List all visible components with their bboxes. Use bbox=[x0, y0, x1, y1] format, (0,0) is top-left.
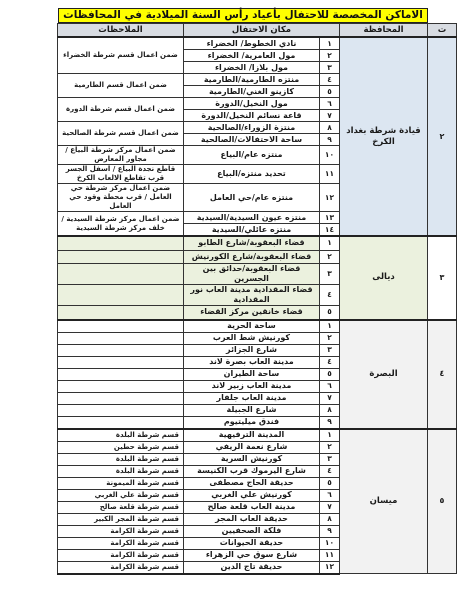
row-number-cell: ٦ bbox=[320, 98, 340, 110]
row-number-cell: ٢ bbox=[320, 250, 340, 264]
note-cell bbox=[57, 236, 183, 250]
note-cell: قسم شرطة الكرامة bbox=[57, 537, 183, 549]
note-cell bbox=[57, 285, 183, 306]
note-cell: ضمن اعمال مركز شرطة السيدية / خلف مركز ش… bbox=[57, 212, 183, 237]
note-cell bbox=[57, 416, 183, 429]
row-number-cell: ٥ bbox=[320, 306, 340, 320]
place-cell: مدينة العاب قلعة صالح bbox=[183, 501, 319, 513]
place-cell: منتزه عام/حي العامل bbox=[183, 184, 319, 212]
row-number-cell: ٧ bbox=[320, 110, 340, 122]
place-cell: قضاء البعقوبة/حدائق بين الجسرين bbox=[183, 264, 319, 285]
row-number-cell: ٨ bbox=[320, 404, 340, 416]
place-cell: منتزه عيون السيدية/السيدية bbox=[183, 212, 319, 224]
row-number-cell: ٧ bbox=[320, 392, 340, 404]
governorate-cell: البصرة bbox=[340, 320, 428, 429]
place-cell: قضاء المقدادية مدينة العاب نور المقدادية bbox=[183, 285, 319, 306]
table-body: ٢قيادة شرطة بغداد الكرخ١نادي الخطوط/ الخ… bbox=[57, 37, 456, 574]
row-number-cell: ١ bbox=[320, 236, 340, 250]
row-number-cell: ١٤ bbox=[320, 224, 340, 237]
row-number-cell: ٧ bbox=[320, 501, 340, 513]
place-cell: ساحة الاحتفالات/الصالحية bbox=[183, 134, 319, 146]
row-number-cell: ٥ bbox=[320, 477, 340, 489]
row-number-cell: ١١ bbox=[320, 165, 340, 184]
column-header-governorate: المحافظة bbox=[340, 24, 428, 38]
place-cell: منتزة الزوراء/الصالحية bbox=[183, 122, 319, 134]
column-header-index: ت bbox=[428, 24, 457, 38]
note-cell: قسم شرطة المجر الكبير bbox=[57, 513, 183, 525]
section-index-cell: ٢ bbox=[428, 37, 457, 236]
table-header: ت المحافظة مكان الاحتفال الملاحظات bbox=[57, 24, 456, 38]
row-number-cell: ٢ bbox=[320, 441, 340, 453]
row-number-cell: ٤ bbox=[320, 356, 340, 368]
place-cell: حديقة العاب المجر bbox=[183, 513, 319, 525]
note-cell bbox=[57, 320, 183, 333]
section-index-cell: ٣ bbox=[428, 236, 457, 320]
place-cell: مول العامرية/ الخضراء bbox=[183, 50, 319, 62]
row-number-cell: ٢ bbox=[320, 50, 340, 62]
column-header-notes: الملاحظات bbox=[57, 24, 183, 38]
note-cell bbox=[57, 250, 183, 264]
place-cell: نادي الخطوط/ الخضراء bbox=[183, 37, 319, 50]
note-cell: ضمن اعمال قسم شرطة الدورة bbox=[57, 98, 183, 122]
place-cell: قضاء البعقوبة/شارع الكورنيش bbox=[183, 250, 319, 264]
place-cell: شارع نعمة الريفي bbox=[183, 441, 319, 453]
row-number-cell: ١١ bbox=[320, 549, 340, 561]
note-cell: ضمن اعمال مركز شرطة حي العامل / قرب محطة… bbox=[57, 184, 183, 212]
celebrations-document: الاماكن المخصصة للاحتفال بأعياد رأس السن… bbox=[58, 8, 457, 575]
note-cell bbox=[57, 404, 183, 416]
header-row: ت المحافظة مكان الاحتفال الملاحظات bbox=[57, 24, 456, 38]
note-cell bbox=[57, 332, 183, 344]
table-row: ٥ميسان١المدينة الترفيهيةقسم شرطة البلدة bbox=[57, 429, 456, 442]
place-cell: منتزه عائلي/السيدية bbox=[183, 224, 319, 237]
section-index-cell: ٥ bbox=[428, 429, 457, 574]
place-cell: فلكة الصحفيين bbox=[183, 525, 319, 537]
celebrations-table: ت المحافظة مكان الاحتفال الملاحظات ٢قياد… bbox=[57, 23, 457, 575]
note-cell: قسم شرطة البلدة bbox=[57, 453, 183, 465]
table-row: ٤البصرة١ساحة الحرية bbox=[57, 320, 456, 333]
place-cell: منتزه عام/البياع bbox=[183, 146, 319, 165]
place-cell: شارع اليرموك قرب الكنيسة bbox=[183, 465, 319, 477]
row-number-cell: ٤ bbox=[320, 74, 340, 86]
row-number-cell: ٩ bbox=[320, 525, 340, 537]
place-cell: قضاء خانقين مركز القضاء bbox=[183, 306, 319, 320]
note-cell bbox=[57, 380, 183, 392]
note-cell: ضمن اعمال قسم شرطة الخضراء bbox=[57, 37, 183, 74]
place-cell: حديقة تاج الدين bbox=[183, 561, 319, 574]
place-cell: تحديد منتزه/البياع bbox=[183, 165, 319, 184]
row-number-cell: ٩ bbox=[320, 416, 340, 429]
governorate-cell: قيادة شرطة بغداد الكرخ bbox=[340, 37, 428, 236]
place-cell: مول النخيل/الدورة bbox=[183, 98, 319, 110]
table-row: ٣ديالى١قضاء البعقوبة/شارع الطابو bbox=[57, 236, 456, 250]
row-number-cell: ٣ bbox=[320, 62, 340, 74]
governorate-cell: ديالى bbox=[340, 236, 428, 320]
note-cell bbox=[57, 306, 183, 320]
place-cell: كورنيش شط العرب bbox=[183, 332, 319, 344]
place-cell: كورنيش السرية bbox=[183, 453, 319, 465]
note-cell: قسم شرطة الكرامة bbox=[57, 525, 183, 537]
note-cell: ضمن اعمال مركز شرطة البياع /مجاور المعار… bbox=[57, 146, 183, 165]
note-cell bbox=[57, 392, 183, 404]
place-cell: مدينة العاب زبير لاند bbox=[183, 380, 319, 392]
note-cell: قسم شرطة البلدة bbox=[57, 465, 183, 477]
note-cell: قسم شرطة قلعة صالح bbox=[57, 501, 183, 513]
row-number-cell: ٥ bbox=[320, 86, 340, 98]
row-number-cell: ١ bbox=[320, 37, 340, 50]
row-number-cell: ٩ bbox=[320, 134, 340, 146]
row-number-cell: ٨ bbox=[320, 122, 340, 134]
section-index-cell: ٤ bbox=[428, 320, 457, 429]
note-cell bbox=[57, 356, 183, 368]
place-cell: شارع سوق حي الزهراء bbox=[183, 549, 319, 561]
row-number-cell: ٨ bbox=[320, 513, 340, 525]
note-cell bbox=[57, 368, 183, 380]
note-cell: قسم شرطة حطين bbox=[57, 441, 183, 453]
column-header-place: مكان الاحتفال bbox=[183, 24, 339, 38]
row-number-cell: ٦ bbox=[320, 489, 340, 501]
place-cell: مول بلازا/ الخضراء bbox=[183, 62, 319, 74]
note-cell: قسم شرطة علي الغربي bbox=[57, 489, 183, 501]
place-cell: شارع الجزائر bbox=[183, 344, 319, 356]
place-cell: مدينة العاب بصرة لاند bbox=[183, 356, 319, 368]
row-number-cell: ٣ bbox=[320, 453, 340, 465]
place-cell: ساحة الطيران bbox=[183, 368, 319, 380]
table-row: ٢قيادة شرطة بغداد الكرخ١نادي الخطوط/ الخ… bbox=[57, 37, 456, 50]
place-cell: مدينة العاب جلفار bbox=[183, 392, 319, 404]
row-number-cell: ٥ bbox=[320, 368, 340, 380]
place-cell: شارع الجبيلة bbox=[183, 404, 319, 416]
note-cell: قسم شرطة الميمونة bbox=[57, 477, 183, 489]
place-cell: حديقة الحيوانات bbox=[183, 537, 319, 549]
row-number-cell: ٤ bbox=[320, 465, 340, 477]
governorate-cell: ميسان bbox=[340, 429, 428, 574]
place-cell: قضاء البعقوبة/شارع الطابو bbox=[183, 236, 319, 250]
note-cell: قاطع نجدة البياع / اسفل الجسر قرب تقاطع … bbox=[57, 165, 183, 184]
note-cell: قسم شرطة الكرامة bbox=[57, 561, 183, 574]
note-cell: ضمن اعمال قسم شرطة الصالحية bbox=[57, 122, 183, 146]
note-cell: ضمن اعمال قسم الطارمية bbox=[57, 74, 183, 98]
note-cell: قسم شرطة الكرامة bbox=[57, 549, 183, 561]
row-number-cell: ١٣ bbox=[320, 212, 340, 224]
row-number-cell: ١٠ bbox=[320, 146, 340, 165]
place-cell: ساحة الحرية bbox=[183, 320, 319, 333]
row-number-cell: ١٢ bbox=[320, 561, 340, 574]
row-number-cell: ١٢ bbox=[320, 184, 340, 212]
note-cell bbox=[57, 264, 183, 285]
note-cell bbox=[57, 344, 183, 356]
document-title: الاماكن المخصصة للاحتفال بأعياد رأس السن… bbox=[58, 8, 428, 23]
row-number-cell: ٣ bbox=[320, 264, 340, 285]
note-cell: قسم شرطة البلدة bbox=[57, 429, 183, 442]
row-number-cell: ١ bbox=[320, 429, 340, 442]
row-number-cell: ٤ bbox=[320, 285, 340, 306]
row-number-cell: ٢ bbox=[320, 332, 340, 344]
place-cell: حديقة الحاج مصطفى bbox=[183, 477, 319, 489]
place-cell: كورنيش علي الغربي bbox=[183, 489, 319, 501]
document-page: الاماكن المخصصة للاحتفال بأعياد رأس السن… bbox=[0, 0, 463, 600]
row-number-cell: ١٠ bbox=[320, 537, 340, 549]
place-cell: المدينة الترفيهية bbox=[183, 429, 319, 442]
place-cell: قاعة نسائم النخيل/الدورة bbox=[183, 110, 319, 122]
row-number-cell: ٣ bbox=[320, 344, 340, 356]
place-cell: كازينو الغني/الطارمية bbox=[183, 86, 319, 98]
row-number-cell: ٦ bbox=[320, 380, 340, 392]
place-cell: فندق ميليتيوم bbox=[183, 416, 319, 429]
place-cell: منتزه الطارمية/الطارمية bbox=[183, 74, 319, 86]
row-number-cell: ١ bbox=[320, 320, 340, 333]
